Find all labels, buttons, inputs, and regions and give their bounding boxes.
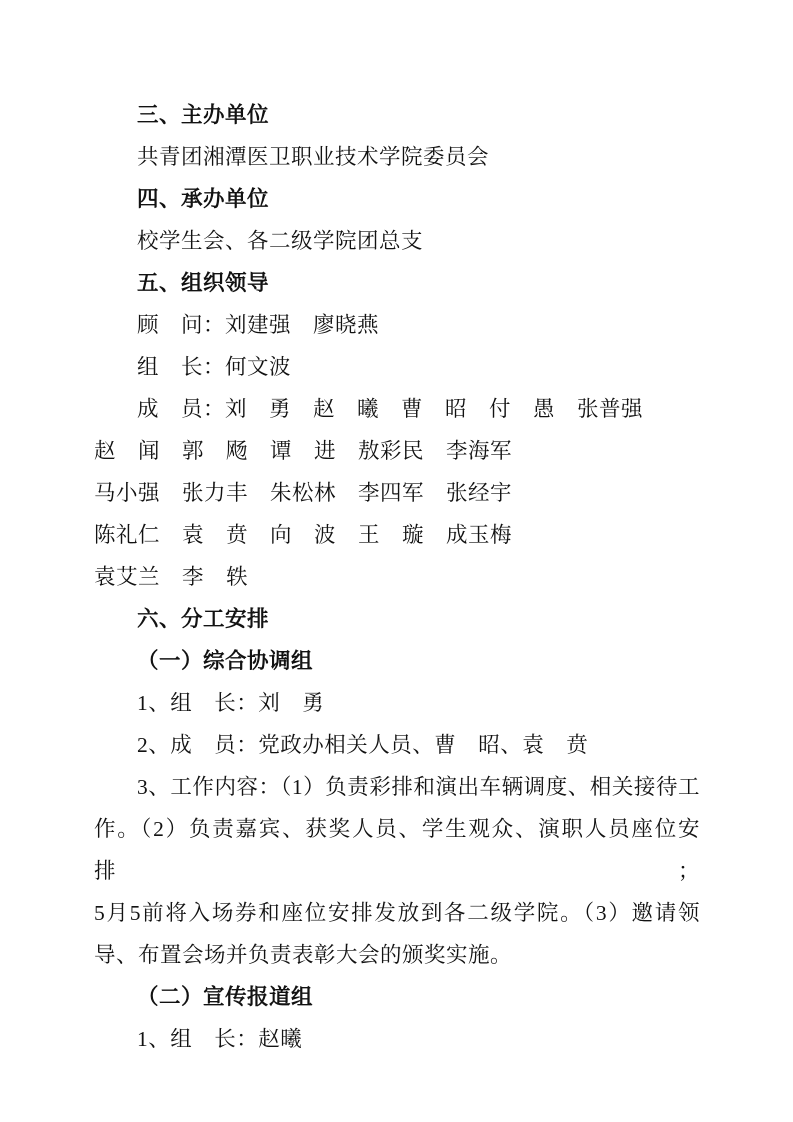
doc-paragraph: 组 长：何文波 [94, 346, 700, 388]
doc-paragraph: 2、成 员：党政办相关人员、曹 昭、袁 贲 [94, 724, 700, 766]
doc-paragraph: 1、组 长：刘 勇 [94, 682, 700, 724]
doc-paragraph: 四、承办单位 [94, 178, 700, 220]
doc-paragraph: 袁艾兰 李 轶 [94, 556, 700, 598]
doc-paragraph: 顾 问：刘建强 廖晓燕 [94, 304, 700, 346]
doc-paragraph: 马小强 张力丰 朱松林 李四军 张经宇 [94, 472, 700, 514]
document-body: 三、主办单位共青团湘潭医卫职业技术学院委员会四、承办单位校学生会、各二级学院团总… [94, 94, 700, 1060]
doc-paragraph: 成 员：刘 勇 赵 曦 曹 昭 付 愚 张普强 [94, 388, 700, 430]
doc-paragraph: 六、分工安排 [94, 598, 700, 640]
doc-paragraph: 1、组 长：赵曦 [94, 1018, 700, 1060]
doc-paragraph: 5月5前将入场券和座位安排发放到各二级学院。（3）邀请领 [94, 892, 700, 934]
doc-paragraph: 共青团湘潭医卫职业技术学院委员会 [94, 136, 700, 178]
doc-paragraph: 三、主办单位 [94, 94, 700, 136]
doc-paragraph: （二）宣传报道组 [94, 976, 700, 1018]
doc-paragraph: 五、组织领导 [94, 262, 700, 304]
doc-paragraph: 作。（2）负责嘉宾、获奖人员、学生观众、演职人员座位安排； [94, 808, 700, 892]
doc-paragraph: 陈礼仁 袁 贲 向 波 王 璇 成玉梅 [94, 514, 700, 556]
doc-paragraph: 3、工作内容：（1）负责彩排和演出车辆调度、相关接待工 [94, 766, 700, 808]
document-page: 三、主办单位共青团湘潭医卫职业技术学院委员会四、承办单位校学生会、各二级学院团总… [0, 0, 793, 1122]
doc-paragraph: 赵 闻 郭 飏 谭 进 敖彩民 李海军 [94, 430, 700, 472]
doc-paragraph: 校学生会、各二级学院团总支 [94, 220, 700, 262]
doc-paragraph: 导、布置会场并负责表彰大会的颁奖实施。 [94, 934, 700, 976]
doc-paragraph: （一）综合协调组 [94, 640, 700, 682]
